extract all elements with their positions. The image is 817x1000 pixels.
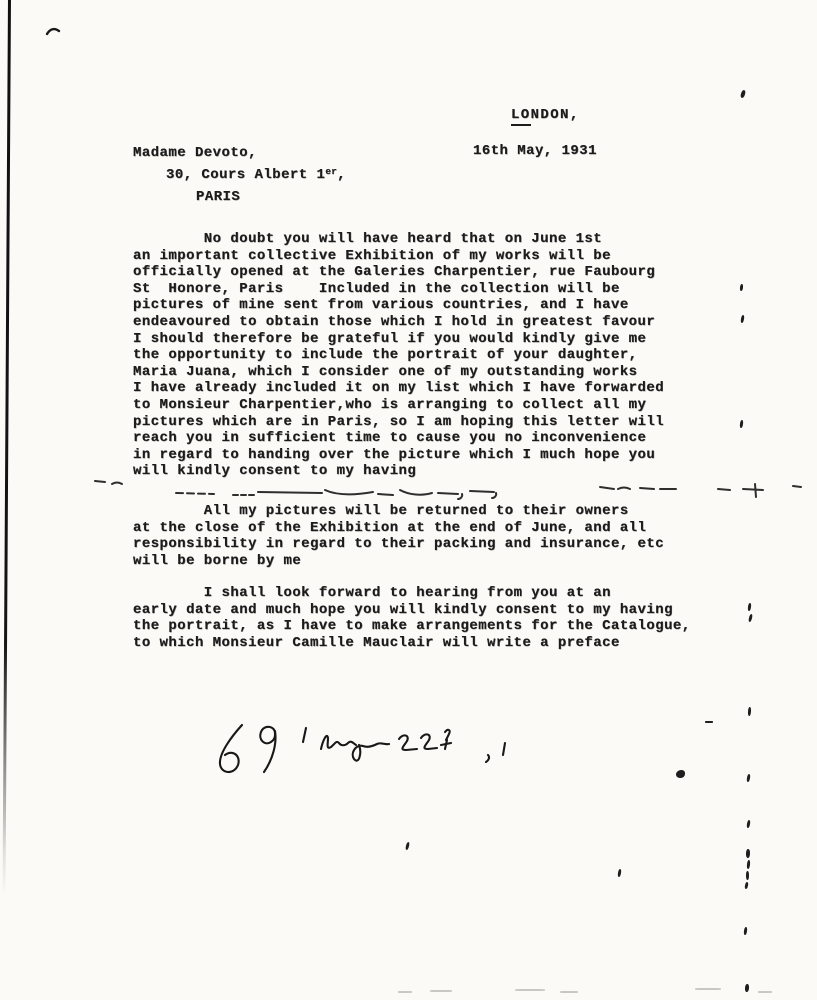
recipient-name: Madame Devoto, — [133, 145, 257, 162]
pencil-tilde-mark — [44, 24, 64, 40]
scan-speck — [745, 984, 750, 992]
handwritten-annotation — [193, 712, 528, 792]
scan-speck — [747, 860, 751, 869]
scan-speck — [747, 603, 751, 611]
scan-smudge — [758, 991, 772, 993]
scan-speck — [746, 871, 749, 880]
scan-speck — [744, 882, 748, 889]
scan-speck — [740, 315, 744, 323]
recipient-street: 30, Cours Albert 1er, — [166, 167, 346, 185]
scan-speck — [743, 927, 747, 935]
body-paragraph-2: All my pictures will be returned to thei… — [133, 503, 664, 569]
scan-smudge — [398, 991, 412, 993]
scan-speck — [740, 284, 744, 291]
scan-speck — [746, 820, 750, 828]
scan-speck — [739, 420, 743, 428]
scan-speck — [748, 614, 753, 622]
scan-speck — [405, 842, 410, 850]
street-comma: , — [337, 167, 346, 183]
body-paragraph-3: I shall look forward to hearing from you… — [133, 585, 691, 651]
street-text: 30, Cours Albert 1 — [166, 167, 325, 183]
scan-smudge — [560, 991, 578, 993]
scan-smudge — [515, 989, 545, 991]
recipient-city: PARIS — [196, 189, 240, 206]
scan-speck — [748, 707, 752, 716]
body-paragraph-1: No doubt you will have heard that on Jun… — [133, 231, 664, 480]
city-underlined: LO — [511, 107, 531, 126]
scan-speck — [705, 721, 713, 723]
letter-page: LONDON, 16th May, 1931 Madame Devoto, 30… — [0, 0, 817, 1000]
ink-blot — [676, 770, 685, 778]
scan-smudge — [430, 990, 452, 992]
city-rest: NDON, — [531, 107, 580, 123]
street-ordinal-superscript: er — [325, 166, 337, 177]
scan-smudge — [695, 988, 721, 990]
scan-speck — [740, 90, 746, 99]
scan-speck — [617, 869, 621, 877]
scan-speck — [746, 849, 750, 858]
scan-edge-line — [3, 0, 11, 896]
scan-speck — [746, 774, 750, 782]
letter-city: LONDON, — [511, 107, 580, 124]
letter-date: 16th May, 1931 — [473, 143, 597, 160]
strikethrough-scribble — [88, 476, 812, 504]
